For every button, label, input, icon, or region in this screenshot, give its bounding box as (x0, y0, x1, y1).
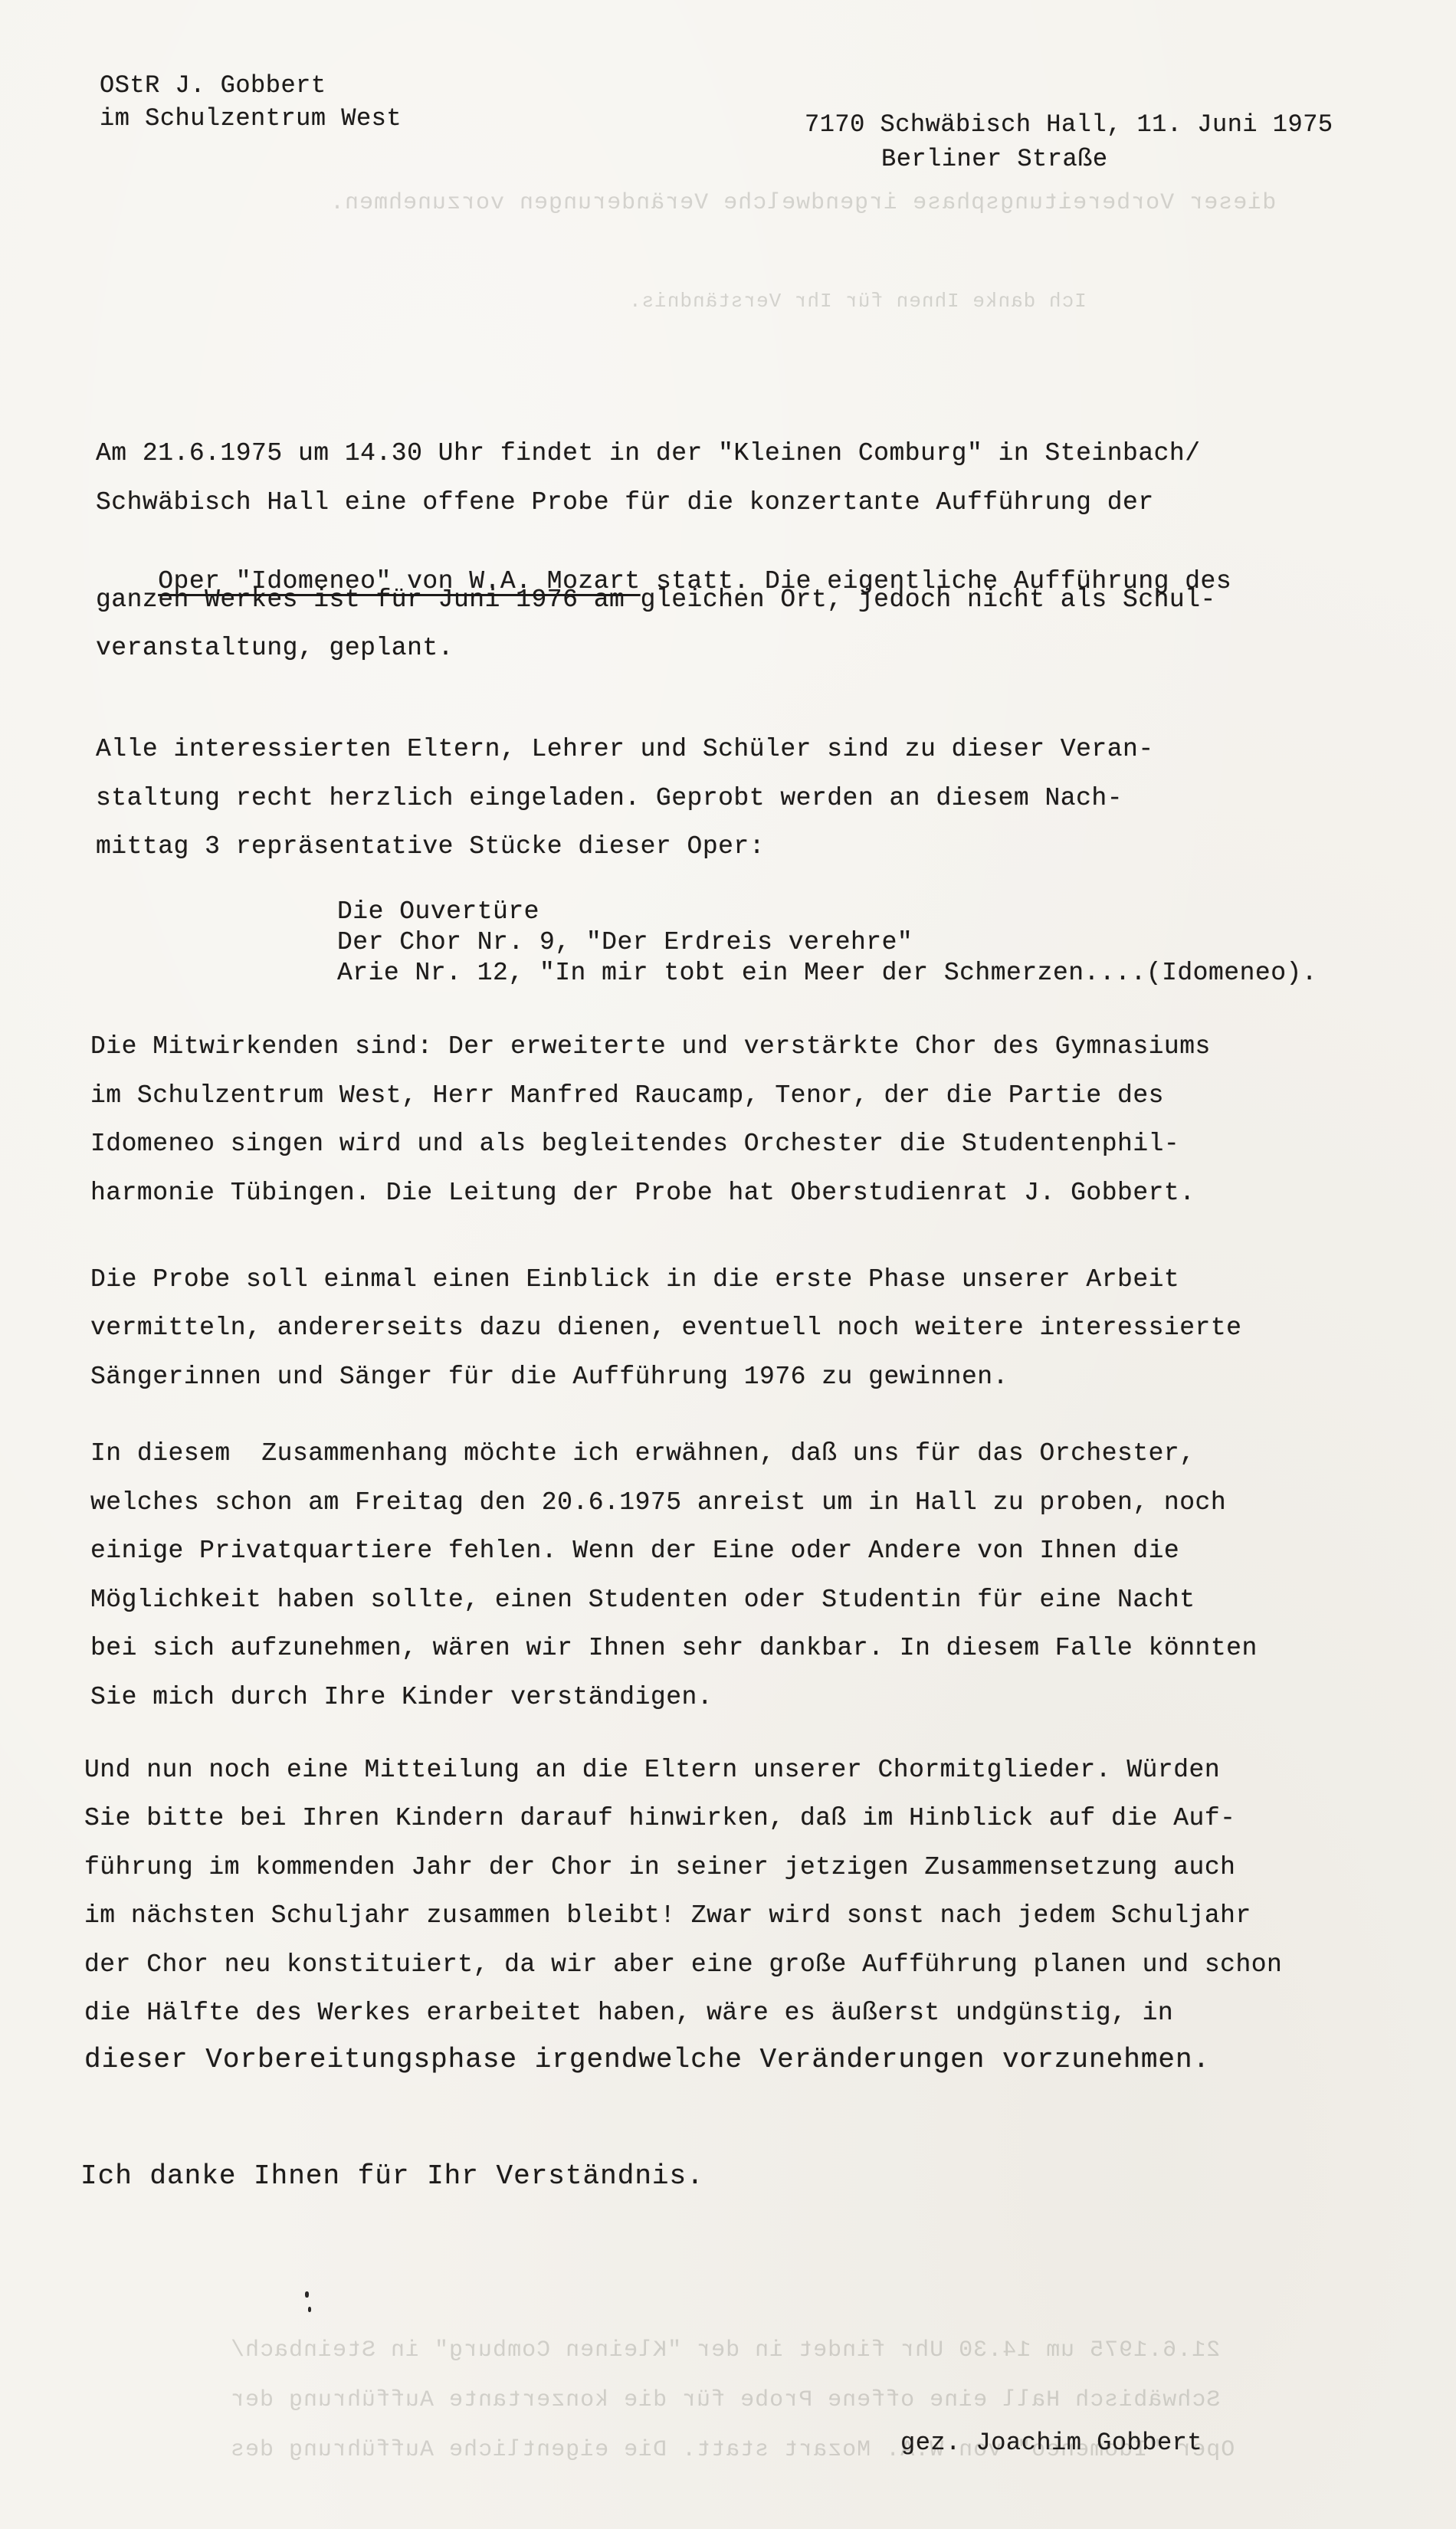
closing-line: Ich danke Ihnen für Ihr Verständnis. (80, 2161, 704, 2192)
sender-affiliation: im Schulzentrum West (100, 103, 402, 134)
body-line: im nächsten Schuljahr zusammen bleibt! Z… (84, 1901, 1251, 1931)
body-line: im Schulzentrum West, Herr Manfred Rauca… (90, 1081, 1164, 1111)
body-line: vermitteln, andererseits dazu dienen, ev… (90, 1313, 1241, 1343)
body-line: Die Mitwirkenden sind: Der erweiterte un… (90, 1032, 1211, 1062)
bleed-through-text: 21.6.1975 um 14.30 Uhr findet in der "Kl… (230, 2337, 1220, 2363)
list-item: Der Chor Nr. 9, "Der Erdreis verehre" (337, 927, 913, 958)
body-line: welches schon am Freitag den 20.6.1975 a… (90, 1488, 1226, 1518)
street-address: Berliner Straße (881, 144, 1108, 175)
sender-name: OStR J. Gobbert (100, 71, 326, 101)
body-line: In diesem Zusammenhang möchte ich erwähn… (90, 1438, 1195, 1469)
body-line: Alle interessierten Eltern, Lehrer und S… (96, 734, 1154, 765)
body-line: bei sich aufzunehmen, wären wir Ihnen se… (90, 1633, 1258, 1664)
ink-speck (305, 2291, 309, 2298)
list-item: Die Ouvertüre (337, 897, 539, 927)
body-line: Die Probe soll einmal einen Einblick in … (90, 1264, 1179, 1295)
body-line: einige Privatquartiere fehlen. Wenn der … (90, 1536, 1179, 1566)
body-line: führung im kommenden Jahr der Chor in se… (84, 1852, 1235, 1883)
body-line: der Chor neu konstituiert, da wir aber e… (84, 1950, 1282, 1980)
bleed-through-text: Ich danke Ihnen für Ihr Verständnis. (628, 290, 1087, 313)
body-line: Möglichkeit haben sollte, einen Studente… (90, 1585, 1195, 1615)
body-line: veranstaltung, geplant. (96, 633, 454, 664)
body-line: Sie bitte bei Ihren Kindern darauf hinwi… (84, 1803, 1235, 1834)
body-line: Sängerinnen und Sänger für die Aufführun… (90, 1362, 1008, 1392)
body-line: Schwäbisch Hall eine offene Probe für di… (96, 487, 1154, 518)
body-line: Idomeneo singen wird und als begleitende… (90, 1129, 1179, 1160)
list-item: Arie Nr. 12, "In mir tobt ein Meer der S… (337, 958, 1317, 989)
body-line: Sie mich durch Ihre Kinder verständigen. (90, 1682, 713, 1713)
ink-speck (308, 2307, 311, 2312)
bleed-through-text: Schwäbisch Hall eine offene Probe für di… (230, 2387, 1220, 2413)
body-line: ganzen Werkes ist für Juni 1976 am gleic… (96, 585, 1216, 615)
body-line: harmonie Tübingen. Die Leitung der Probe… (90, 1178, 1195, 1209)
place-date: 7170 Schwäbisch Hall, 11. Juni 1975 (805, 110, 1333, 140)
body-line: Am 21.6.1975 um 14.30 Uhr findet in der … (96, 438, 1201, 469)
body-line: staltung recht herzlich eingeladen. Gepr… (96, 783, 1123, 814)
signature: gez. Joachim Gobbert (900, 2428, 1202, 2458)
body-line: mittag 3 repräsentative Stücke dieser Op… (96, 832, 765, 862)
body-line: die Hälfte des Werkes erarbeitet haben, … (84, 1998, 1173, 2029)
bleed-through-text: dieser Vorbereitungsphase irgendwelche V… (330, 190, 1276, 216)
body-line: Und nun noch eine Mitteilung an die Elte… (84, 1755, 1220, 1786)
body-line: dieser Vorbereitungsphase irgendwelche V… (84, 2045, 1210, 2075)
